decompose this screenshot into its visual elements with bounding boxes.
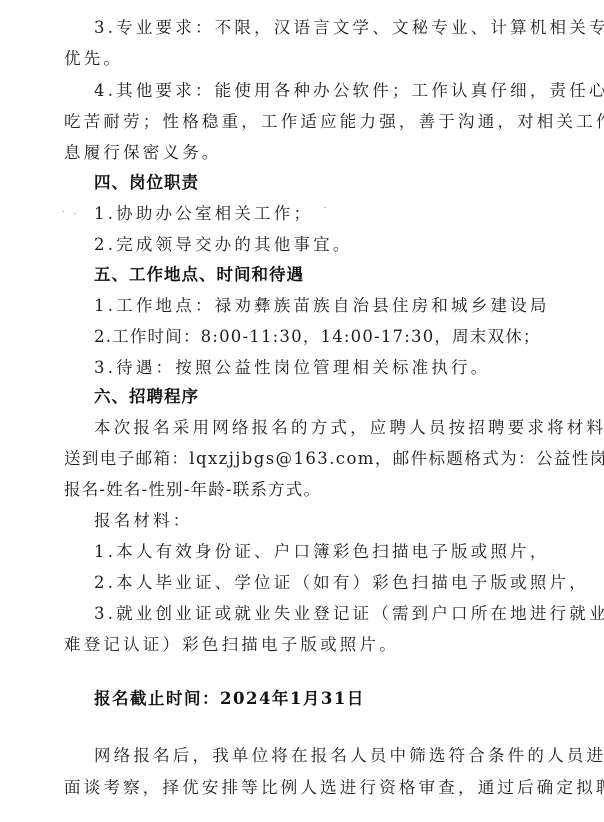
deadline: 报名截止时间：2024年1月31日 bbox=[94, 688, 365, 710]
material-3-line-1: 3.就业创业证或就业失业登记证（需到户口所在地进行就业困 bbox=[94, 603, 604, 625]
material-1: 1.本人有效身份证、户口簿彩色扫描电子版或照片， bbox=[94, 541, 550, 563]
requirement-3-line-1: 3.专业要求：不限，汉语言文学、文秘专业、计算机相关专业 bbox=[94, 17, 604, 39]
work-hours: 2.工作时间：8:00-11:30，14:00-17:30，周末双休； bbox=[94, 326, 541, 348]
scan-artifact bbox=[74, 213, 76, 214]
procedure-line-3: 报名-姓名-性别-年龄-联系方式。 bbox=[64, 479, 321, 501]
section-5-heading: 五、工作地点、时间和待遇 bbox=[94, 264, 304, 286]
requirement-3-line-2: 优先。 bbox=[64, 48, 123, 70]
materials-title: 报名材料： bbox=[94, 510, 193, 532]
work-location: 1.工作地点：禄劝彝族苗族自治县住房和城乡建设局 bbox=[94, 295, 550, 317]
material-3-line-2: 难登记认证）彩色扫描电子版或照片。 bbox=[64, 634, 399, 656]
procedure-line-2-email: 送到电子邮箱：lqxzjjbgs@163.com，邮件标题格式为：公益性岗位 bbox=[64, 448, 604, 470]
scan-artifact bbox=[324, 207, 326, 208]
after-registration-line-2: 面谈考察，择优安排等比例人选进行资格审查，通过后确定拟聘人 bbox=[64, 777, 604, 799]
duty-2: 2.完成领导交办的其他事宜。 bbox=[94, 234, 353, 256]
requirement-4-line-2: 吃苦耐劳；性格稳重，工作适应能力强，善于沟通，对相关工作信 bbox=[64, 111, 604, 133]
requirement-4-line-1: 4.其他要求：能使用各种办公软件；工作认真仔细，责任心强； bbox=[94, 80, 604, 102]
section-6-heading: 六、招聘程序 bbox=[94, 386, 199, 408]
requirement-4-line-3: 息履行保密义务。 bbox=[64, 142, 222, 164]
duty-1: 1.协助办公室相关工作； bbox=[94, 203, 313, 225]
compensation: 3.待遇：按照公益性岗位管理相关标准执行。 bbox=[94, 357, 490, 379]
material-2: 2.本人毕业证、学位证（如有）彩色扫描电子版或照片， bbox=[94, 572, 589, 594]
scan-artifact bbox=[62, 211, 64, 212]
after-registration-line-1: 网络报名后，我单位将在报名人员中筛选符合条件的人员进行 bbox=[94, 745, 604, 767]
procedure-line-1: 本次报名采用网络报名的方式，应聘人员按招聘要求将材料发 bbox=[94, 417, 604, 439]
section-4-heading: 四、岗位职责 bbox=[94, 172, 199, 194]
